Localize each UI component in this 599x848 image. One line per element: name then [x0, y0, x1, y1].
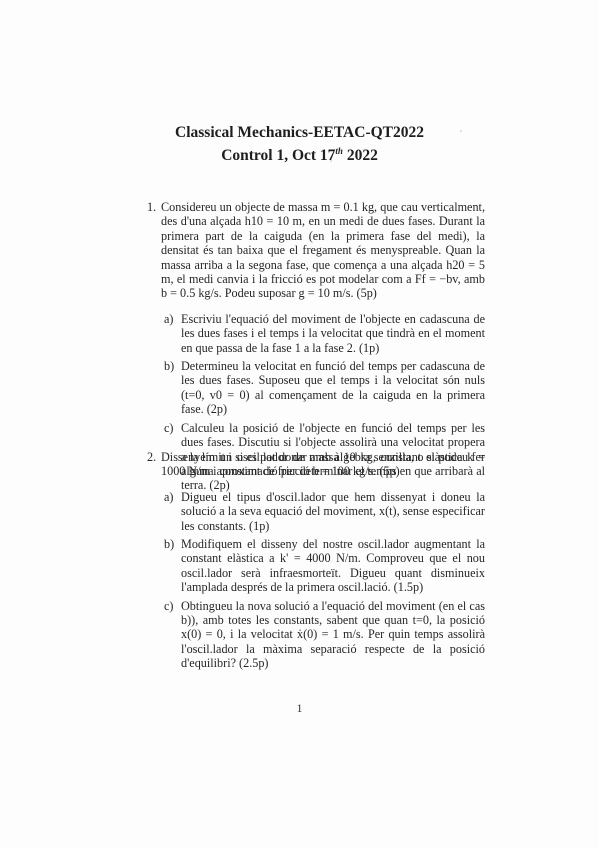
part-text: Determineu la velocitat en funció del te…	[181, 359, 485, 416]
problem-statement: Considereu un objecte de massa m = 0.1 k…	[161, 200, 485, 301]
scan-speck	[395, 467, 397, 469]
problem-part-b: b) Modifiquem el disseny del nostre osci…	[161, 537, 485, 595]
problem-number: 1.	[147, 200, 156, 214]
part-label: b)	[164, 359, 174, 373]
scan-speck	[330, 160, 332, 162]
problem-parts: a) Digueu el tipus d'oscil.lador que hem…	[147, 490, 485, 671]
part-label: b)	[164, 537, 174, 551]
part-text: Obtingueu la nova solució a l'equació de…	[181, 599, 485, 671]
page-number: 1	[0, 701, 599, 716]
problem-part-a: a) Digueu el tipus d'oscil.lador que hem…	[161, 490, 485, 533]
exam-page: Classical Mechanics-EETAC-QT2022 Control…	[0, 0, 599, 848]
part-text: Digueu el tipus d'oscil.lador que hem di…	[181, 490, 485, 533]
problem-2: 2. Dissenyem un oscil.lador de massa 10 …	[147, 450, 485, 675]
problem-statement: Dissenyem un oscil.lador de massa 10 kg,…	[161, 450, 485, 479]
part-text: Modifiquem el disseny del nostre oscil.l…	[181, 537, 485, 594]
exam-header: Classical Mechanics-EETAC-QT2022 Control…	[0, 124, 599, 165]
problem-part-a: a) Escriviu l'equació del moviment de l'…	[161, 312, 485, 355]
part-text: Escriviu l'equació del moviment de l'obj…	[181, 312, 485, 355]
problem-number: 2.	[147, 450, 156, 464]
problem-part-b: b) Determineu la velocitat en funció del…	[161, 359, 485, 417]
course-title: Classical Mechanics-EETAC-QT2022	[0, 124, 599, 142]
part-label: a)	[164, 490, 173, 504]
exam-subtitle: Control 1, Oct 17th 2022	[0, 142, 599, 165]
problem-part-c: c) Obtingueu la nova solució a l'equació…	[161, 599, 485, 671]
scan-speck	[460, 130, 462, 132]
part-label: c)	[164, 421, 173, 435]
part-label: a)	[164, 312, 173, 326]
part-label: c)	[164, 599, 173, 613]
